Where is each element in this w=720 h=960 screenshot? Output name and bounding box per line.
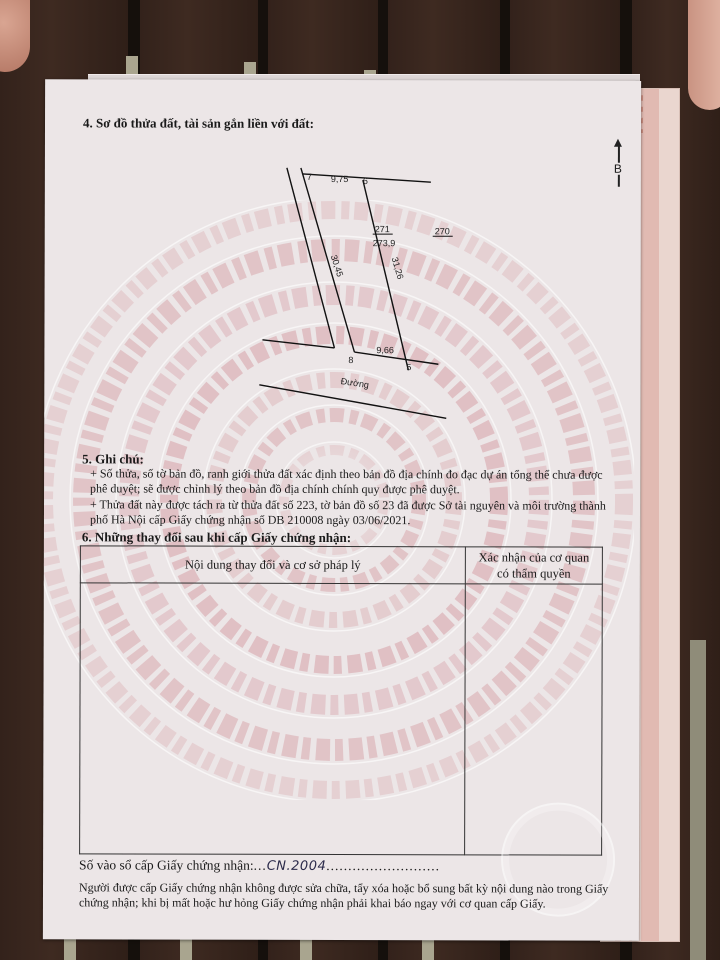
vertex-5: 5 <box>406 362 411 372</box>
metal-clip <box>690 640 706 960</box>
finger <box>688 0 720 110</box>
edge-length-right: 31,26 <box>390 256 406 280</box>
changes-table: Nội dung thay đổi và cơ sở pháp lý Xác n… <box>79 545 603 855</box>
dots: .......................... <box>326 858 440 873</box>
vertex-7: 7 <box>307 172 312 182</box>
parcel-area: 273,9 <box>373 238 396 248</box>
edge-length-bottom: 9,66 <box>376 345 394 355</box>
vertex-6: 6 <box>363 176 368 186</box>
change-content-cell <box>80 583 466 855</box>
land-plot-diagram: 7 9,75 6 271 273,9 270 30,45 31,26 8 9,6… <box>44 79 641 441</box>
parcel-number: 271 <box>375 224 390 234</box>
dots: ... <box>254 858 267 873</box>
registry-value: CN.2004 <box>267 859 327 874</box>
column-header-confirmation: Xác nhận của cơ quan có thẩm quyền <box>465 547 602 584</box>
road-label: Đường <box>340 376 370 390</box>
edge-length-top: 9,75 <box>331 174 349 184</box>
note-2: + Thửa đất này được tách ra từ thửa đất … <box>90 497 606 528</box>
section-5-heading: 5. Ghi chú: <box>82 451 144 467</box>
registry-number-line: Số vào sổ cấp Giấy chứng nhận:...CN.2004… <box>79 857 440 874</box>
border-band <box>641 89 659 941</box>
land-certificate-page: 4. Sơ đồ thửa đất, tài sản gắn liền với … <box>43 79 641 941</box>
note-1: + Số thửa, số tờ bản đồ, ranh giới thửa … <box>90 466 606 497</box>
registry-label: Số vào sổ cấp Giấy chứng nhận: <box>79 857 254 872</box>
neighbor-parcel-number: 270 <box>435 226 450 236</box>
warning-text: Người được cấp Giấy chứng nhận không đượ… <box>79 880 609 911</box>
section-6-heading: 6. Những thay đổi sau khi cấp Giấy chứng… <box>82 529 351 546</box>
vertex-8: 8 <box>348 355 353 365</box>
column-header-content: Nội dung thay đổi và cơ sở pháp lý <box>80 546 465 584</box>
